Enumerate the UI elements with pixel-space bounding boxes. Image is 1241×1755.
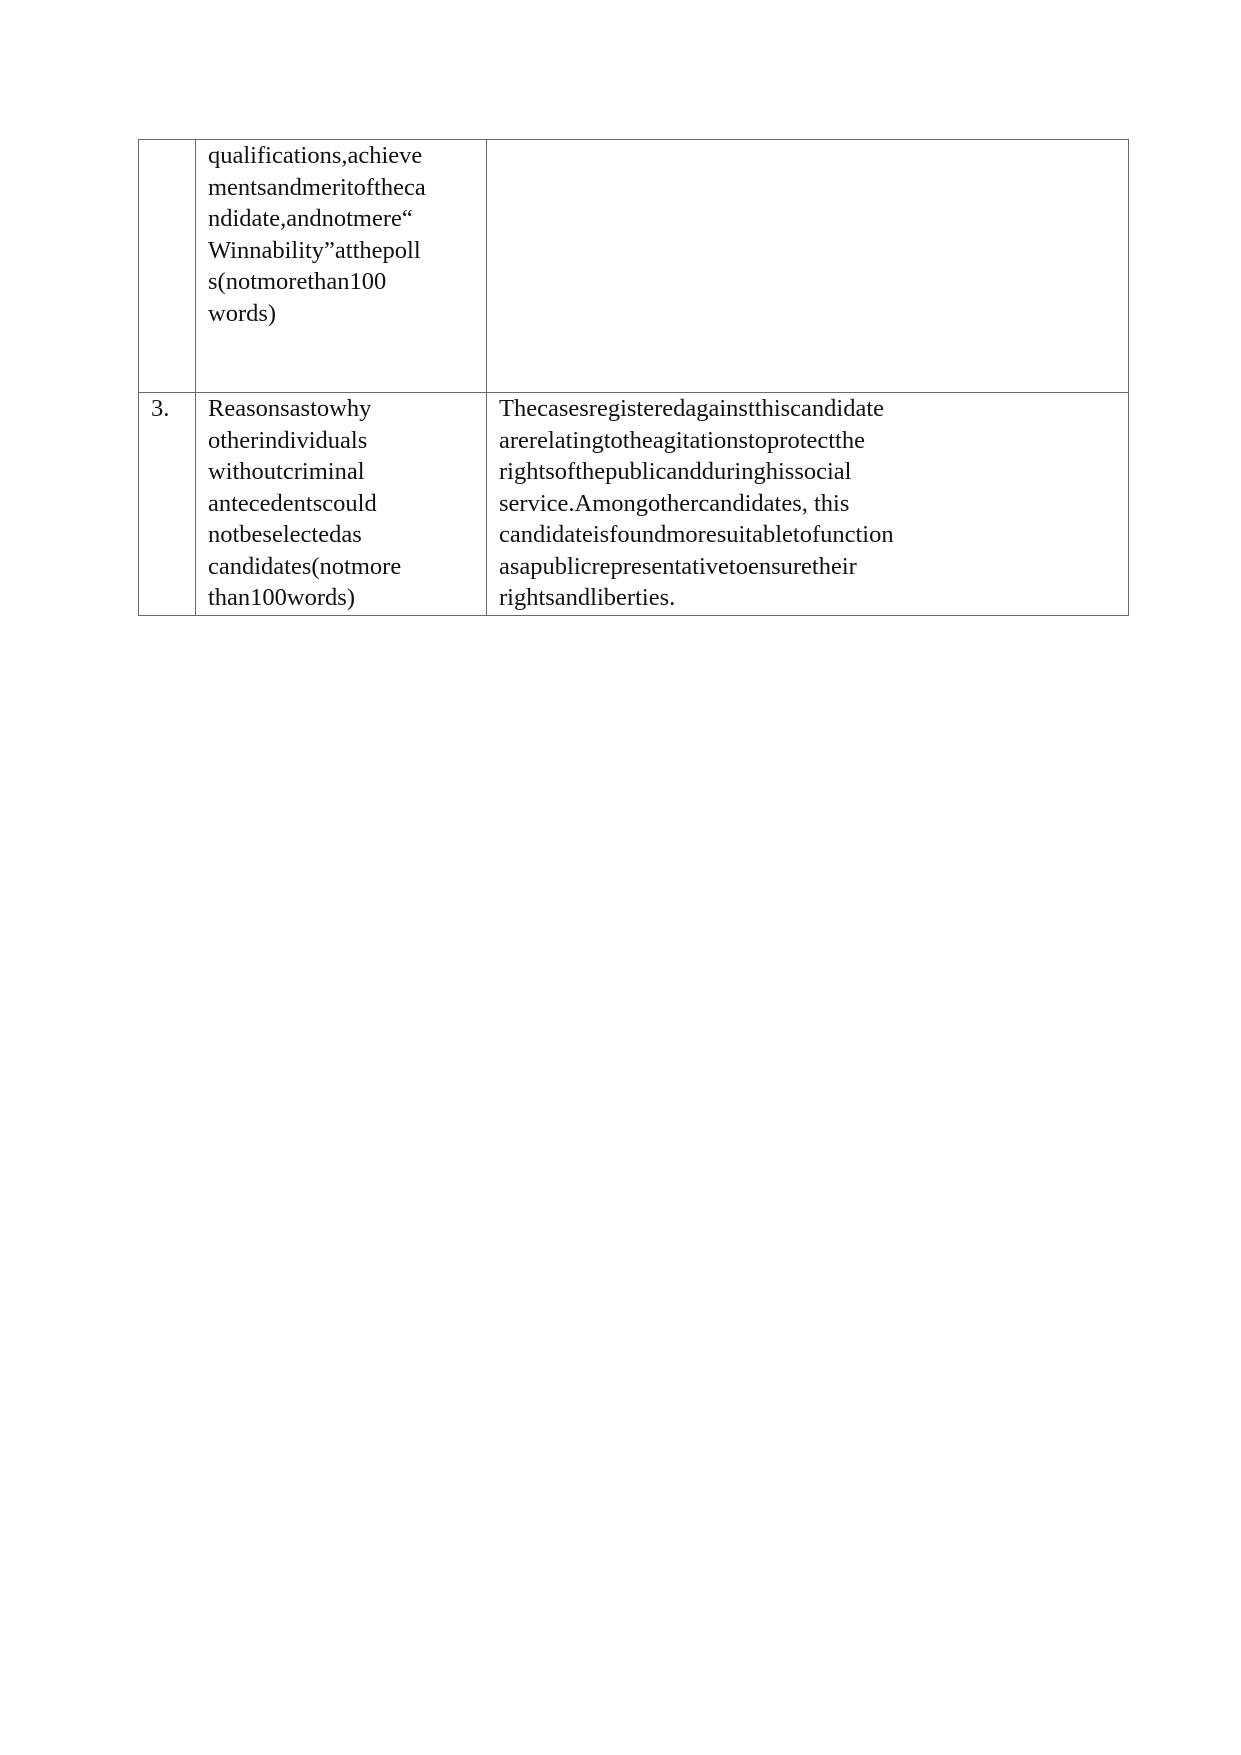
row-number: 3. (151, 393, 195, 425)
table-row: 3. Reasonsastowhy otherindividuals witho… (139, 393, 1129, 616)
row-label-cell: Reasonsastowhy otherindividuals withoutc… (196, 393, 487, 616)
row-label: qualifications,achieve mentsandmeritofth… (208, 140, 486, 329)
table-row: qualifications,achieve mentsandmeritofth… (139, 140, 1129, 393)
row-number-cell: 3. (139, 393, 196, 616)
row-value-cell: Thecasesregisteredagainstthiscandidate a… (487, 393, 1129, 616)
disclosure-table: qualifications,achieve mentsandmeritofth… (138, 139, 1129, 616)
row-value-cell (487, 140, 1129, 393)
row-number-cell (139, 140, 196, 393)
row-label: Reasonsastowhy otherindividuals withoutc… (208, 393, 486, 614)
row-value: Thecasesregisteredagainstthiscandidate a… (499, 393, 1128, 614)
row-label-cell: qualifications,achieve mentsandmeritofth… (196, 140, 487, 393)
